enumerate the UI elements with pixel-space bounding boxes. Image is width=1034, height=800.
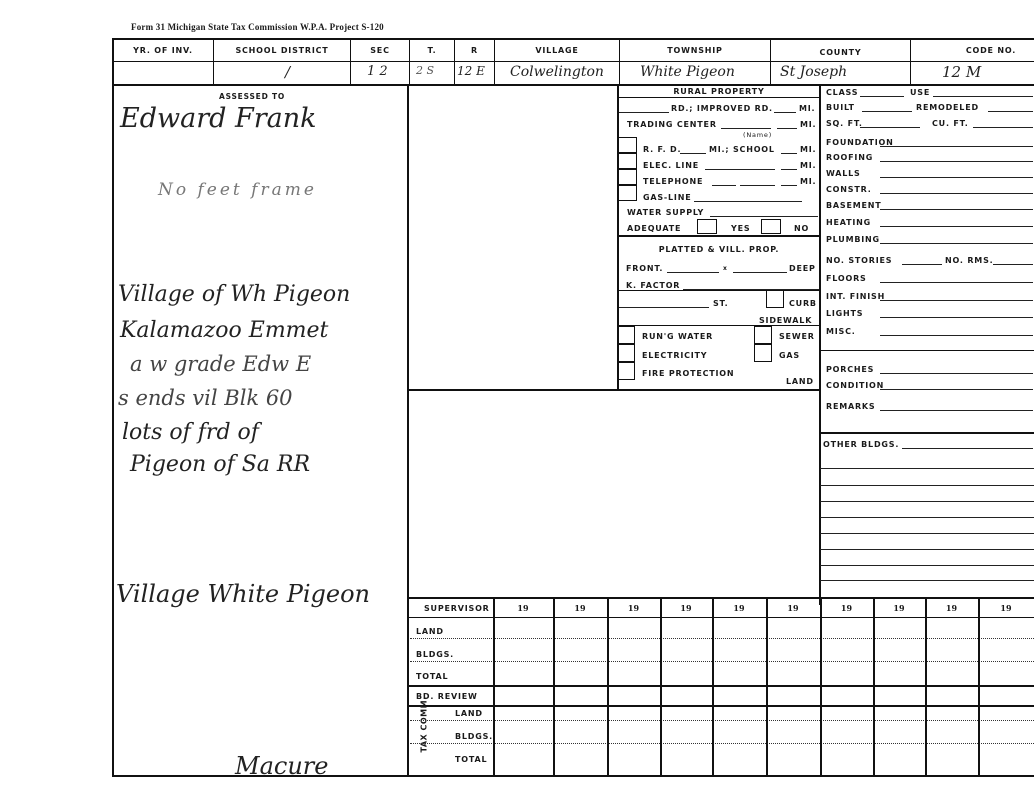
building-field-label: CONDITION: [826, 381, 884, 390]
township-value: White Pigeon: [640, 64, 735, 80]
village-handwritten-line: Village White Pigeon: [116, 580, 370, 608]
header-township: TOWNSHIP: [620, 46, 770, 55]
building-field-input[interactable]: [880, 243, 1033, 244]
building-field-label: HEATING: [826, 218, 871, 227]
telephone-mi-field[interactable]: [781, 185, 797, 186]
col-divider: [770, 38, 771, 85]
building-field-label: LIGHTS: [826, 309, 863, 318]
building-field-label: CONSTR.: [826, 185, 872, 194]
use-label: USE: [910, 88, 930, 97]
county-value: St Joseph: [780, 64, 847, 80]
elec-line-field[interactable]: [705, 169, 775, 170]
water-supply-label: WATER SUPPLY: [627, 208, 704, 217]
middle-section-rule: [407, 389, 821, 391]
sq-ft-field[interactable]: [860, 127, 920, 128]
gas-line-field[interactable]: [694, 201, 802, 202]
telephone-field-a[interactable]: [712, 185, 736, 186]
front-field[interactable]: [667, 272, 719, 273]
telephone-checkbox[interactable]: [617, 169, 637, 185]
other-bldgs-line[interactable]: [820, 485, 1034, 486]
other-bldgs-top-rule: [820, 432, 1034, 434]
supervisor-bldgs-label: BLDGS.: [416, 650, 454, 659]
legal-description-line: Pigeon of Sa RR: [130, 452, 310, 477]
other-bldgs-line[interactable]: [820, 501, 1034, 502]
building-field-input[interactable]: [880, 389, 1033, 390]
street-field[interactable]: [619, 307, 709, 308]
mi-label: MI.: [800, 161, 816, 170]
gas-line-label: GAS-LINE: [643, 193, 691, 202]
header-county: COUNTY: [771, 48, 910, 57]
remodeled-field[interactable]: [988, 111, 1033, 112]
platted-title: PLATTED & VILL. PROP.: [619, 245, 819, 254]
building-field-label: BASEMENT: [826, 201, 882, 210]
valuation-header-rule: [407, 617, 1034, 618]
building-field-input[interactable]: [880, 209, 1033, 210]
supervisor-label: SUPERVISOR: [424, 604, 490, 613]
building-field-label: PLUMBING: [826, 235, 880, 244]
year-column-header: 19: [873, 603, 925, 613]
village-value: Colwelington: [510, 64, 604, 80]
trading-center-label: TRADING CENTER: [627, 120, 717, 129]
other-bldgs-label: OTHER BLDGS.: [823, 440, 899, 449]
supervisor-bottom-rule: [407, 685, 1034, 687]
running-water-label: RUN'G WATER: [642, 332, 713, 341]
year-column-divider: [553, 597, 555, 777]
electricity-label: ELECTRICITY: [642, 351, 707, 360]
other-bldgs-line[interactable]: [820, 517, 1034, 518]
no-rooms-field[interactable]: [993, 264, 1033, 265]
other-bldgs-line[interactable]: [820, 533, 1034, 534]
yes-label: YES: [731, 224, 750, 233]
building-field-label: MISC.: [826, 327, 856, 336]
bd-review-bottom-rule: [407, 705, 1034, 707]
bldgs-dotted-rule: [410, 661, 1034, 662]
cu-ft-field[interactable]: [973, 127, 1033, 128]
sec-value: 1 2: [367, 64, 388, 79]
elec-line-checkbox[interactable]: [617, 153, 637, 169]
year-column-divider: [766, 597, 768, 777]
rfd-checkbox[interactable]: [617, 137, 637, 153]
mi-label: MI.: [800, 177, 816, 186]
year-column-header: 19: [493, 603, 553, 613]
building-field-input[interactable]: [880, 300, 1033, 301]
other-bldgs-line[interactable]: [820, 580, 1034, 581]
year-column-header: 19: [925, 603, 978, 613]
header-bottom-rule: [112, 84, 1034, 86]
other-bldgs-line[interactable]: [820, 468, 1034, 469]
trading-center-mi-field[interactable]: [777, 128, 797, 129]
building-field-label: REMARKS: [826, 402, 876, 411]
valuation-label-divider: [493, 597, 495, 777]
building-field-label: FLOORS: [826, 274, 867, 283]
building-field-input[interactable]: [880, 373, 1033, 374]
curb-checkbox[interactable]: [766, 291, 784, 308]
sewer-checkbox[interactable]: [754, 326, 772, 344]
building-field-input[interactable]: [880, 282, 1033, 283]
adequate-yes-checkbox[interactable]: [697, 219, 717, 234]
year-column-header: 19: [820, 603, 873, 613]
legal-description-line: a w grade Edw E: [130, 352, 311, 376]
rfd-field[interactable]: [680, 153, 706, 154]
tax-comm-label: TAX COMM.: [420, 709, 429, 753]
year-column-header: 19: [978, 603, 1034, 613]
sq-ft-label: SQ. FT.: [826, 119, 863, 128]
legal-description-line: s ends vil Blk 60: [118, 386, 293, 410]
t-value: 2 S: [416, 64, 434, 77]
building-field-input[interactable]: [880, 146, 1033, 147]
k-factor-label: K. FACTOR: [626, 281, 680, 290]
year-column-divider: [873, 597, 875, 777]
header-divider: [112, 61, 1034, 62]
gas-checkbox[interactable]: [754, 344, 772, 362]
code-no-value: 12 M: [942, 63, 981, 81]
header-r: R: [455, 46, 494, 55]
supervisor-land-label: LAND: [416, 627, 444, 636]
running-water-checkbox[interactable]: [617, 326, 635, 344]
sewer-label: SEWER: [779, 332, 815, 341]
class-field[interactable]: [860, 96, 904, 97]
assessor-signature: Macure: [235, 752, 328, 780]
year-column-header: 19: [607, 603, 660, 613]
telephone-label: TELEPHONE: [643, 177, 703, 186]
use-field[interactable]: [933, 96, 1033, 97]
rd-improved-label: RD.; IMPROVED RD.: [671, 104, 773, 113]
other-bldgs-line[interactable]: [820, 565, 1034, 566]
other-bldgs-line[interactable]: [820, 549, 1034, 550]
built-label: BUILT: [826, 103, 855, 112]
header-t: T.: [410, 46, 454, 55]
adequate-no-checkbox[interactable]: [761, 219, 781, 234]
times-label: x: [723, 265, 728, 272]
header-yr-of-inv: YR. OF INV.: [113, 46, 213, 55]
year-column-divider: [712, 597, 714, 777]
built-field[interactable]: [862, 111, 912, 112]
building-field-label: ROOFING: [826, 153, 873, 162]
curb-label: CURB: [789, 299, 817, 308]
tax-comm-total-label: TOTAL: [455, 755, 487, 764]
fire-protection-checkbox[interactable]: [617, 362, 635, 380]
no-stories-field[interactable]: [902, 264, 942, 265]
platted-mid-rule: [617, 290, 820, 291]
tc-land-dotted-rule: [410, 720, 1034, 721]
gas-label: GAS: [779, 351, 800, 360]
building-field-input[interactable]: [880, 317, 1033, 318]
valuation-top-rule: [407, 597, 1034, 599]
assessed-note: No feet frame: [158, 180, 317, 200]
building-field-input[interactable]: [880, 335, 1033, 336]
building-field-input[interactable]: [880, 177, 1033, 178]
remodeled-label: REMODELED: [916, 103, 979, 112]
no-rooms-label: NO. RMS.: [945, 256, 993, 265]
tax-comm-bldgs-label: BLDGS.: [455, 732, 493, 741]
year-column-header: 19: [712, 603, 766, 613]
header-sec: SEC: [351, 46, 409, 55]
front-label: FRONT.: [626, 264, 663, 273]
header-code-no: CODE NO.: [911, 46, 1034, 55]
adequate-label: ADEQUATE: [627, 224, 681, 233]
name-hint: (Name): [743, 131, 772, 139]
sidewalk-label: SIDEWALK: [759, 316, 812, 325]
building-left-border: [819, 85, 821, 605]
year-column-divider: [660, 597, 662, 777]
year-column-divider: [925, 597, 927, 777]
building-field-input[interactable]: [880, 193, 1033, 194]
st-label: ST.: [713, 299, 728, 308]
deep-field[interactable]: [733, 272, 787, 273]
building-field-input[interactable]: [880, 161, 1033, 162]
building-field-input[interactable]: [880, 226, 1033, 227]
rural-title-rule: [617, 97, 820, 98]
misc-rule: [820, 350, 1034, 351]
year-column-header: 19: [553, 603, 607, 613]
building-field-input[interactable]: [880, 410, 1033, 411]
school-district-value: /: [285, 63, 290, 81]
school-mi-field[interactable]: [781, 153, 797, 154]
legal-description-line: lots of frd of: [122, 420, 259, 445]
supervisor-total-label: TOTAL: [416, 672, 448, 681]
rfd-label: R. F. D.: [643, 145, 681, 154]
trading-center-field[interactable]: [721, 128, 771, 129]
class-label: CLASS: [826, 88, 858, 97]
header-school-district: SCHOOL DISTRICT: [214, 46, 350, 55]
elec-line-mi-field[interactable]: [781, 169, 797, 170]
water-supply-field[interactable]: [710, 216, 818, 217]
legal-description-line: Village of Wh Pigeon: [118, 282, 350, 307]
improved-rd-field[interactable]: [774, 112, 796, 113]
building-field-label: WALLS: [826, 169, 861, 178]
elec-line-label: ELEC. LINE: [643, 161, 699, 170]
land-dotted-rule: [410, 638, 1034, 639]
assessed-owner-name: Edward Frank: [120, 103, 316, 134]
tc-bldgs-dotted-rule: [410, 743, 1034, 744]
school-label: MI.; SCHOOL: [709, 145, 775, 154]
no-stories-label: NO. STORIES: [826, 256, 892, 265]
gas-line-checkbox[interactable]: [617, 185, 637, 201]
rural-bottom-rule: [617, 235, 820, 237]
year-column-divider: [978, 597, 980, 777]
mi-label: MI.: [800, 120, 816, 129]
rural-property-title: RURAL PROPERTY: [619, 87, 819, 96]
header-village: VILLAGE: [495, 46, 619, 55]
telephone-field-b[interactable]: [740, 185, 775, 186]
assessed-to-label: ASSESSED TO: [219, 92, 285, 101]
mi-label: MI.: [799, 104, 815, 113]
cu-ft-label: CU. FT.: [932, 119, 969, 128]
left-panel-divider: [407, 85, 409, 777]
year-column-header: 19: [660, 603, 712, 613]
road-field[interactable]: [619, 112, 669, 113]
no-label: NO: [794, 224, 809, 233]
legal-description-line: Kalamazoo Emmet: [120, 318, 328, 343]
land-label: LAND: [786, 377, 814, 386]
form-title: Form 31 Michigan State Tax Commission W.…: [131, 22, 384, 32]
other-bldgs-field[interactable]: [902, 448, 1033, 449]
building-field-label: PORCHES: [826, 365, 874, 374]
utilities-top-rule: [617, 325, 820, 326]
year-column-divider: [607, 597, 609, 777]
year-column-header: 19: [766, 603, 820, 613]
electricity-checkbox[interactable]: [617, 344, 635, 362]
fire-protection-label: FIRE PROTECTION: [642, 369, 734, 378]
mi-label: MI.: [800, 145, 816, 154]
building-field-label: INT. FINISH: [826, 292, 885, 301]
year-column-divider: [820, 597, 822, 777]
r-value: 12 E: [457, 64, 485, 78]
tax-comm-land-label: LAND: [455, 709, 483, 718]
deep-label: DEEP: [789, 264, 816, 273]
